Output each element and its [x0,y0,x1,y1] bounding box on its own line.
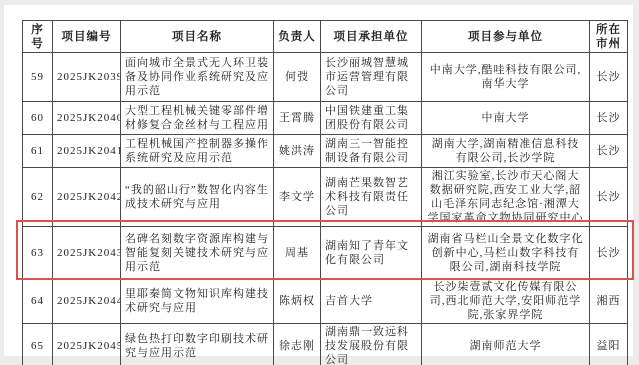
document-page: { "accent": { "highlight_border_color": … [0,0,639,365]
project-code-cell: 2025JK2040 [53,102,121,135]
leader-cell: 王霄腾 [274,102,321,135]
participants-cell: 中南大学 [422,102,590,135]
header-undertaker: 项目承担单位 [321,21,422,53]
header-region: 所在市州 [590,21,628,53]
undertaker-cell: 湖南鼎一致远科技发展股份有限公司 [321,324,422,365]
header-participants: 项目参与单位 [422,21,590,53]
row-number-cell: 60 [23,102,53,135]
project-table: 序号 项目编号 项目名称 负责人 项目承担单位 项目参与单位 所在市州 59 2… [22,20,628,365]
participants-cell: 湖南大学,湖南精准信息科技有限公司,长沙学院 [422,135,590,168]
project-code-cell: 2025JK2043 [53,227,121,279]
project-name-cell: 绿色热打印数字印刷技术研究与应用示范 [121,324,274,365]
leader-cell: 何弢 [274,53,321,102]
row-number-cell: 64 [23,279,53,324]
table-row: 65 2025JK2045 绿色热打印数字印刷技术研究与应用示范 徐志刚 湖南鼎… [23,324,628,365]
table-row: 59 2025JK2039 面向城市全景式无人环卫装备及协同作业系统研究及应用示… [23,53,628,102]
project-code-cell: 2025JK2042 [53,168,121,227]
header-leader: 负责人 [274,21,321,53]
region-cell: 益阳 [590,324,628,365]
participants-cell: 长沙柒壹贰文化传媒有限公司,西北师范大学,安阳师范学院,张家界学院 [422,279,590,324]
region-cell: 长沙 [590,168,628,227]
row-number-cell: 63 [23,227,53,279]
row-number-cell: 61 [23,135,53,168]
leader-cell: 陈炳权 [274,279,321,324]
leader-cell: 李文学 [274,168,321,227]
header-code: 项目编号 [53,21,121,53]
region-cell: 长沙 [590,227,628,279]
undertaker-cell: 湖南知了青年文化有限公司 [321,227,422,279]
table-header-row: 序号 项目编号 项目名称 负责人 项目承担单位 项目参与单位 所在市州 [23,21,628,53]
project-code-cell: 2025JK2044 [53,279,121,324]
table-row: 63 2025JK2043 名碑名刻数字资源库构建与智能复刻关键技术研究与应用示… [23,227,628,279]
header-name: 项目名称 [121,21,274,53]
row-number-cell: 62 [23,168,53,227]
undertaker-cell: 湖南三一智能控制设备有限公司 [321,135,422,168]
project-name-cell: “我的韶山行”数智化内容生成技术研究与应用 [121,168,274,227]
undertaker-cell: 湖南芒果数智艺术科技有限责任公司 [321,168,422,227]
header-no: 序号 [23,21,53,53]
participants-cell: 湖南师范大学 [422,324,590,365]
participants-cell: 中南大学,酷哇科技有限公司,南华大学 [422,53,590,102]
project-name-cell: 里耶秦简文物知识库构建技术研究与应用 [121,279,274,324]
participants-cell: 湘江实验室,长沙市天心阁大数据研究院,西安工业大学,韶山毛泽东同志纪念馆·湘潭大… [422,168,590,227]
leader-cell: 姚洪涛 [274,135,321,168]
project-name-cell: 面向城市全景式无人环卫装备及协同作业系统研究及应用示范 [121,53,274,102]
row-number-cell: 65 [23,324,53,365]
project-name-cell: 大型工程机械关键零部件增材修复合金丝材与工程应用 [121,102,274,135]
undertaker-cell: 吉首大学 [321,279,422,324]
undertaker-cell: 中国铁建重工集团股份有限公司 [321,102,422,135]
row-number-cell: 59 [23,53,53,102]
region-cell: 长沙 [590,53,628,102]
table-row: 61 2025JK2041 工程机械国产控制器多操作系统研究及应用示范 姚洪涛 … [23,135,628,168]
undertaker-cell: 长沙丽城智慧城市运营管理有限公司 [321,53,422,102]
table-row: 62 2025JK2042 “我的韶山行”数智化内容生成技术研究与应用 李文学 … [23,168,628,227]
project-name-cell: 名碑名刻数字资源库构建与智能复刻关键技术研究与应用示范 [121,227,274,279]
page-background: 序号 项目编号 项目名称 负责人 项目承担单位 项目参与单位 所在市州 59 2… [4,5,633,356]
leader-cell: 徐志刚 [274,324,321,365]
table-row: 64 2025JK2044 里耶秦简文物知识库构建技术研究与应用 陈炳权 吉首大… [23,279,628,324]
region-cell: 长沙 [590,102,628,135]
project-code-cell: 2025JK2039 [53,53,121,102]
project-name-cell: 工程机械国产控制器多操作系统研究及应用示范 [121,135,274,168]
table-row: 60 2025JK2040 大型工程机械关键零部件增材修复合金丝材与工程应用 王… [23,102,628,135]
leader-cell: 周基 [274,227,321,279]
participants-cell: 湖南省马栏山全景文化数字化创新中心,马栏山数字科技有限公司,湖南科技学院 [422,227,590,279]
project-code-cell: 2025JK2041 [53,135,121,168]
project-code-cell: 2025JK2045 [53,324,121,365]
region-cell: 湘西 [590,279,628,324]
region-cell: 长沙 [590,135,628,168]
